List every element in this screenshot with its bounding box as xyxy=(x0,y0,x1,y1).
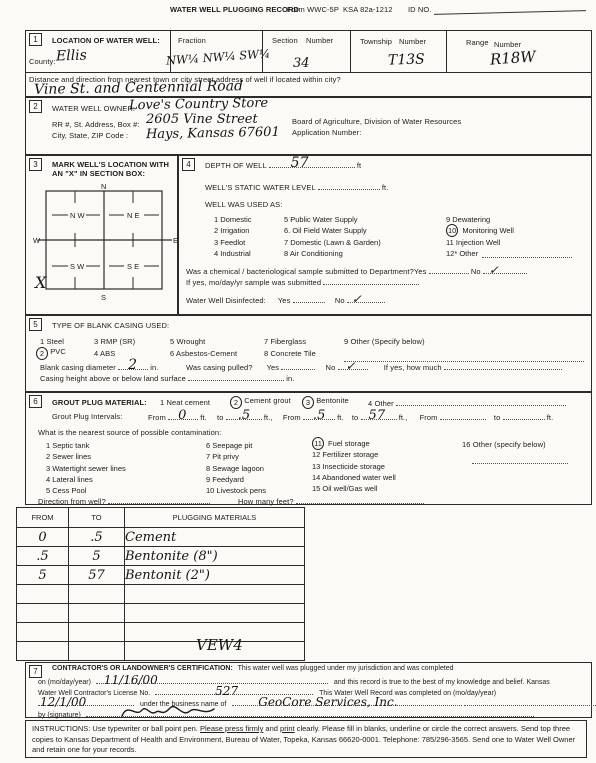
other-use-blank xyxy=(482,250,572,258)
use-option-label: Monitoring Well xyxy=(462,225,514,236)
depth-of-well-line: DEPTH OF WELL 57 ft xyxy=(205,160,361,170)
casing-option: 1 Steel xyxy=(40,337,64,346)
contamination-option: 8 Sewage lagoon xyxy=(206,463,266,474)
use-option-circled: 10 Monitoring Well xyxy=(446,225,572,236)
chemical-sample-question: Was a chemical / bacteriological sample … xyxy=(186,267,426,276)
interval2-from-blank: .5 xyxy=(303,412,335,420)
grout-other-blank xyxy=(396,398,566,406)
section-number-label: Number xyxy=(306,36,333,45)
township-number-label: Number xyxy=(399,37,426,46)
static-level-blank xyxy=(318,182,380,190)
casing-option: 5 Wrought xyxy=(170,337,205,346)
quadrant-nw-label: N W xyxy=(70,211,86,220)
section-value: 34 xyxy=(293,57,310,70)
from-cell xyxy=(17,642,69,661)
to-value: .5 xyxy=(90,530,102,545)
casing-option: 8 Concrete Tile xyxy=(264,349,316,358)
section6-title: GROUT PLUG MATERIAL: xyxy=(52,398,147,407)
chemical-sample-no-blank: ✓ xyxy=(483,266,527,274)
casing-height-unit: in. xyxy=(286,374,294,383)
section3-number: 3 xyxy=(29,158,42,171)
from-value: .5 xyxy=(36,549,48,564)
static-water-level-line: WELL'S STATIC WATER LEVEL ft. xyxy=(205,182,388,192)
well-use-list-col2: 5 Public Water Supply 6. Oil Field Water… xyxy=(284,214,381,259)
form-number: Form WWC-5P xyxy=(287,5,339,14)
use-option: 9 Dewatering xyxy=(446,214,572,225)
certification-line5: by (signature) xyxy=(38,709,534,719)
material-value: Bentonite (8") xyxy=(125,549,218,564)
contamination-other-blank xyxy=(472,456,568,464)
contamination-col1: 1 Septic tank 2 Sewer lines 3 Watertight… xyxy=(46,440,126,496)
township-label: Township xyxy=(360,37,392,46)
material-cell xyxy=(125,585,305,604)
ft-unit: ft. xyxy=(200,413,207,422)
distance-value: Vine St. and Centennial Road xyxy=(34,79,243,97)
from-cell xyxy=(17,623,69,642)
contamination-col2: 6 Seepage pit 7 Pit privy 8 Sewage lagoo… xyxy=(206,440,266,496)
from-cell: 5 xyxy=(17,566,69,585)
contamination-option: 10 Livestock pens xyxy=(206,485,266,496)
contamination-option: 2 Sewer lines xyxy=(46,451,126,462)
use-option: 6. Oil Field Water Supply xyxy=(284,225,381,236)
interval1-to-blank: .5 xyxy=(226,412,262,420)
section4-number: 4 xyxy=(182,158,195,171)
vew4-annotation: VEW4 xyxy=(196,638,243,653)
section3-title-line1: MARK WELL'S LOCATION WITH xyxy=(52,160,169,169)
to-cell: .5 xyxy=(69,528,125,547)
signature-scribble xyxy=(120,704,216,720)
circled-10-monitoring-well: 10 xyxy=(446,224,458,237)
direction-blank xyxy=(108,496,210,504)
sample-submitted-line: If yes, mo/day/yr sample was submitted xyxy=(186,277,419,287)
materials-header: PLUGGING MATERIALS xyxy=(125,508,305,528)
static-level-label: WELL'S STATIC WATER LEVEL xyxy=(205,183,315,192)
license-blank: 527 xyxy=(155,687,313,695)
how-much-label: If yes, how much xyxy=(384,363,442,372)
grout-intervals-label: Grout Plug Intervals: xyxy=(52,412,122,421)
application-number-label: Application Number: xyxy=(292,128,361,137)
interval3-to-blank2 xyxy=(503,412,545,420)
disinfected-label: Water Well Disinfected: xyxy=(186,296,266,305)
contamination-option: 14 Abandoned water well xyxy=(312,472,396,483)
casing-height-blank xyxy=(188,373,284,381)
use-option: 7 Domestic (Lawn & Garden) xyxy=(284,237,381,248)
use-option-other: 12* Other xyxy=(446,248,572,259)
direction-label: Direction from well? xyxy=(38,497,106,506)
to-cell xyxy=(69,642,125,661)
well-use-list-col1: 1 Domestic 2 Irrigation 3 Feedlot 4 Indu… xyxy=(214,214,252,259)
from-header: FROM xyxy=(17,508,69,528)
grout-option: 4 Other xyxy=(368,399,394,408)
casing-pulled-no-label: No xyxy=(326,363,336,372)
interval2-from-value: .5 xyxy=(313,409,326,422)
to-cell: 5 xyxy=(69,547,125,566)
fraction-label: Fraction xyxy=(178,36,206,45)
table-row: 5 57 Bentonit (2") xyxy=(17,566,305,585)
section-label: Section xyxy=(272,36,298,45)
section2-number: 2 xyxy=(29,100,42,113)
compass-s-label: S xyxy=(101,293,106,302)
interval1-from-blank: 0 xyxy=(168,412,198,420)
chemical-sample-line: Was a chemical / bacteriological sample … xyxy=(186,266,527,276)
well-use-list-col3: 9 Dewatering 10 Monitoring Well 11 Injec… xyxy=(446,214,572,259)
casing-pulled-yes-label: Yes xyxy=(267,363,280,372)
casing-diameter-blank: 2 xyxy=(118,362,148,370)
id-no-label: ID NO. xyxy=(408,5,432,14)
from-cell: 0 xyxy=(17,528,69,547)
use-option: 2 Irrigation xyxy=(214,225,252,236)
instructions-mid: and xyxy=(263,724,280,733)
plugged-date-value: 11/16/00 xyxy=(104,674,158,686)
material-cell xyxy=(125,604,305,623)
from-label: From xyxy=(420,413,438,422)
casing-pulled-label: Was casing pulled? xyxy=(186,363,253,372)
to-header: TO xyxy=(69,508,125,528)
casing-option-circled: 2 PVC xyxy=(36,347,66,360)
signature-label: by (signature) xyxy=(38,712,81,719)
sample-submitted-label: If yes, mo/day/yr sample was submitted xyxy=(186,278,321,287)
section6-number: 6 xyxy=(29,395,42,408)
use-option: 1 Domestic xyxy=(214,214,252,225)
chemical-sample-no-label: No xyxy=(471,267,481,276)
use-option: 5 Public Water Supply xyxy=(284,214,381,225)
how-much-blank xyxy=(444,362,562,370)
instructions-underlined-2: print xyxy=(280,724,295,733)
range-label: Range xyxy=(466,38,489,47)
trailing-blank xyxy=(464,698,596,706)
casing-height-line: Casing height above or below land surfac… xyxy=(40,373,294,383)
casing-option: 7 Fiberglass xyxy=(264,337,306,346)
section-location-diagram: N S W E N W N E S W S E X xyxy=(32,183,180,311)
section1-divider xyxy=(446,30,447,72)
table-row xyxy=(17,585,305,604)
statute-number: KSA 82a-1212 xyxy=(343,5,393,14)
section1-title: LOCATION OF WATER WELL: xyxy=(52,36,160,45)
grout-option-label: Bentonite xyxy=(316,396,349,405)
material-value: Cement xyxy=(125,530,176,545)
to-label: to xyxy=(352,413,358,422)
feet-blank xyxy=(296,496,424,504)
compass-n-label: N xyxy=(101,183,106,191)
contamination-option: 15 Oil well/Gas well xyxy=(312,483,396,494)
depth-label: DEPTH OF WELL xyxy=(205,161,266,170)
from-cell xyxy=(17,585,69,604)
ft-unit: ft., xyxy=(399,413,408,422)
contamination-option: 13 Insecticide storage xyxy=(312,461,396,472)
direction-line: Direction from well? xyxy=(38,496,210,506)
owner-value: Love's Country Store xyxy=(129,97,268,112)
certification-text: This water well was plugged under my jur… xyxy=(238,665,454,672)
table-header-row: FROM TO PLUGGING MATERIALS xyxy=(17,508,305,528)
use-option: 11 Injection Well xyxy=(446,237,572,248)
plugging-table: FROM TO PLUGGING MATERIALS 0 .5 Cement .… xyxy=(16,507,305,661)
to-value: 5 xyxy=(92,549,100,564)
from-value: 0 xyxy=(38,530,46,545)
depth-blank: 57 xyxy=(269,160,355,168)
contamination-option: 7 Pit privy xyxy=(206,451,266,462)
casing-diameter-line: Blank casing diameter 2 in. xyxy=(40,362,159,372)
material-cell: Bentonit (2") xyxy=(125,566,305,585)
quadrant-se-label: S E xyxy=(127,262,139,271)
instructions-text: INSTRUCTIONS: Use typewriter or ball poi… xyxy=(26,721,586,759)
address-value: 2605 Vine Street xyxy=(146,113,258,126)
contamination-other-option: 16 Other (specify below) xyxy=(462,440,546,449)
section5-title: TYPE OF BLANK CASING USED: xyxy=(52,321,169,330)
certification-line2: on (mo/day/year) 11/16/00 and this recor… xyxy=(38,676,550,686)
address-label: RR #, St. Address, Box #: xyxy=(52,120,140,129)
material-cell: Bentonite (8") xyxy=(125,547,305,566)
how-many-feet-line: How many feet? xyxy=(238,496,424,506)
to-cell xyxy=(69,623,125,642)
circled-2-pvc: 2 xyxy=(36,347,48,360)
depth-value: 57 xyxy=(291,156,309,170)
from-label: From xyxy=(283,413,301,422)
ft-unit: ft., xyxy=(264,413,273,422)
contamination-option: 9 Feedyard xyxy=(206,474,266,485)
casing-pulled-yes-blank xyxy=(281,362,315,370)
material-cell: Cement xyxy=(125,528,305,547)
from-cell: .5 xyxy=(17,547,69,566)
table-row xyxy=(17,604,305,623)
contamination-option: 12 Fertilizer storage xyxy=(312,449,396,460)
compass-w-label: W xyxy=(33,236,41,245)
table-row xyxy=(17,623,305,642)
disinfected-no-check: ✓ xyxy=(352,293,362,305)
plugged-date-blank: 11/16/00 xyxy=(96,676,328,684)
section3-title-line2: AN "X" IN SECTION BOX: xyxy=(52,169,145,178)
contamination-option: 3 Watertight sewer lines xyxy=(46,463,126,474)
casing-pulled-no-check: ✓ xyxy=(346,360,356,372)
casing-diameter-unit: in. xyxy=(150,363,158,372)
business-name-blank: GeoCore Services, Inc. xyxy=(232,698,462,706)
interval3-from-blank xyxy=(440,412,486,420)
casing-option: 6 Asbestos-Cement xyxy=(170,349,237,358)
grout-option-label: Cement grout xyxy=(244,396,291,405)
owner-label: WATER WELL OWNER: xyxy=(52,104,135,113)
ft-unit: ft. xyxy=(337,413,344,422)
to-cell xyxy=(69,585,125,604)
casing-pulled-line: Was casing pulled? Yes No ✓ If yes, how … xyxy=(186,362,562,372)
certification-line1: CONTRACTOR'S OR LANDOWNER'S CERTIFICATIO… xyxy=(52,665,454,672)
quadrant-sw-label: S W xyxy=(70,262,85,271)
casing-pulled-no-blank: ✓ xyxy=(338,362,368,370)
license-value: 527 xyxy=(215,685,238,697)
contamination-option-circled: 11 Fuel storage xyxy=(312,438,396,449)
section1-number: 1 xyxy=(29,33,42,46)
business-name-value: GeoCore Services, Inc. xyxy=(258,696,397,708)
to-cell xyxy=(69,604,125,623)
interval2-to-value: 57 xyxy=(369,409,386,422)
chemical-sample-yes-blank xyxy=(429,266,469,274)
to-value: 57 xyxy=(88,568,105,583)
table-row xyxy=(17,642,305,661)
to-cell: 57 xyxy=(69,566,125,585)
id-no-blank-line xyxy=(434,10,586,15)
disinfected-line: Water Well Disinfected: Yes No ✓ xyxy=(186,295,385,305)
contamination-option-label: Fuel storage xyxy=(328,438,370,449)
from-cell xyxy=(17,604,69,623)
casing-height-label: Casing height above or below land surfac… xyxy=(40,374,186,383)
use-option-label: 12* Other xyxy=(446,248,478,259)
range-value: R18W xyxy=(490,49,537,67)
signature-blank xyxy=(86,709,282,717)
quadrant-ne-label: N E xyxy=(127,211,140,220)
contamination-option: 1 Septic tank xyxy=(46,440,126,451)
board-of-agriculture-label: Board of Agriculture, Division of Water … xyxy=(292,117,461,126)
from-value: 5 xyxy=(38,568,46,583)
casing-option: 3 RMP (SR) xyxy=(94,337,135,346)
use-option: 3 Feedlot xyxy=(214,237,252,248)
feet-label: How many feet? xyxy=(238,497,294,506)
casing-option-label: PVC xyxy=(50,347,66,356)
from-label: From xyxy=(148,413,166,422)
township-value: T13S xyxy=(388,52,425,67)
chemical-sample-no-check: ✓ xyxy=(489,264,499,276)
completed-date-value: 12/1/00 xyxy=(40,696,86,708)
contamination-option: 5 Cess Pool xyxy=(46,485,126,496)
well-used-as-label: WELL WAS USED AS: xyxy=(205,200,282,209)
material-value: Bentonit (2") xyxy=(125,568,210,583)
casing-option: 9 Other (Specify below) xyxy=(344,337,425,346)
table-row: .5 5 Bentonite (8") xyxy=(17,547,305,566)
sample-submitted-blank xyxy=(323,277,419,285)
interval1-from-value: 0 xyxy=(178,409,186,422)
instructions-box: INSTRUCTIONS: Use typewriter or ball poi… xyxy=(25,720,587,758)
to-label: to xyxy=(494,413,500,422)
casing-other-blank xyxy=(344,354,584,362)
certification-title: CONTRACTOR'S OR LANDOWNER'S CERTIFICATIO… xyxy=(52,665,233,672)
section1-divider xyxy=(350,30,351,72)
county-label: County: xyxy=(29,57,56,66)
instructions-underlined-1: Please press firmly xyxy=(200,724,263,733)
certification-text: and this record is true to the best of m… xyxy=(334,679,550,686)
interval1-to-value: .5 xyxy=(238,409,251,422)
grout-other-line: 4 Other xyxy=(368,398,566,408)
well-location-x-mark: X xyxy=(33,273,47,292)
section1-divider xyxy=(25,72,592,73)
county-value: Ellis xyxy=(56,48,87,63)
contamination-col3: 11 Fuel storage 12 Fertilizer storage 13… xyxy=(312,438,396,494)
section5-number: 5 xyxy=(29,318,42,331)
contamination-option: 4 Lateral lines xyxy=(46,474,126,485)
contamination-option: 6 Seepage pit xyxy=(206,440,266,451)
depth-unit: ft xyxy=(357,161,361,170)
city-state-zip-value: Hays, Kansas 67601 xyxy=(146,126,280,141)
disinfected-no-blank: ✓ xyxy=(347,295,385,303)
grout-intervals-line: From 0 ft. to .5 ft., From .5 ft. to 57 … xyxy=(148,412,553,422)
trailing-blank xyxy=(284,709,534,717)
to-label: to xyxy=(217,413,223,422)
table-row: 0 .5 Cement xyxy=(17,528,305,547)
use-option: 8 Air Conditioning xyxy=(284,248,381,259)
casing-diameter-value: 2 xyxy=(128,358,137,372)
contamination-label: What is the nearest source of possible c… xyxy=(38,428,221,437)
casing-option: 4 ABS xyxy=(94,349,115,358)
instructions-lead: INSTRUCTIONS: Use typewriter or ball poi… xyxy=(32,724,200,733)
plugged-date-label: on (mo/day/year) xyxy=(38,679,91,686)
disinfected-yes-label: Yes xyxy=(278,296,291,305)
casing-diameter-label: Blank casing diameter xyxy=(40,363,116,372)
ft-unit: ft. xyxy=(547,413,554,422)
circled-11-fuel-storage: 11 xyxy=(312,437,324,450)
grout-option: 1 Neat cement xyxy=(160,398,210,407)
disinfected-yes-blank xyxy=(293,295,325,303)
use-option: 4 Industrial xyxy=(214,248,252,259)
city-state-zip-label: City, State, ZIP Code : xyxy=(52,131,128,140)
disinfected-no-label: No xyxy=(335,296,345,305)
page-title: WATER WELL PLUGGING RECORD xyxy=(170,5,299,14)
interval3-to-blank: 57 xyxy=(361,412,397,420)
static-level-unit: ft. xyxy=(382,183,389,192)
